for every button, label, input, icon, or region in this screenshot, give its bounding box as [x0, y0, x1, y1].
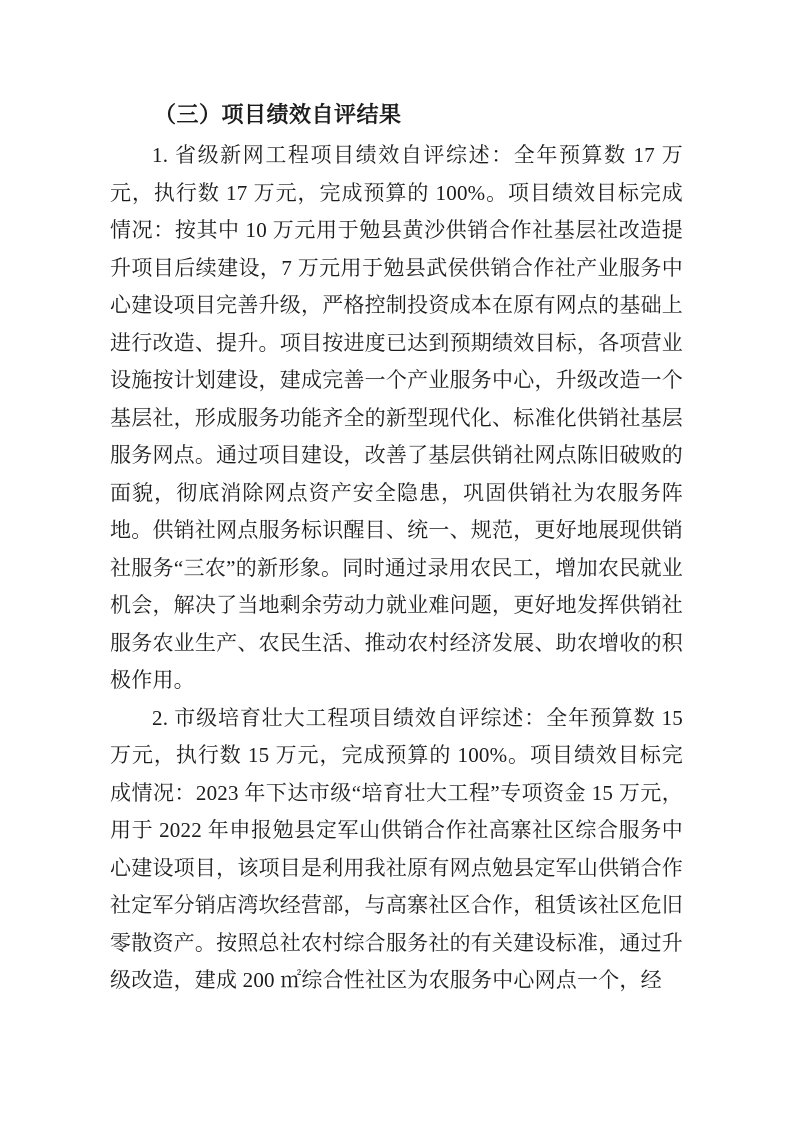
section-heading: （三）项目绩效自评结果 — [110, 96, 683, 134]
paragraph-provincial-project: 1. 省级新网工程项目绩效自评综述：全年预算数 17 万元，执行数 17 万元，… — [110, 137, 683, 700]
document-content: （三）项目绩效自评结果 1. 省级新网工程项目绩效自评综述：全年预算数 17 万… — [110, 96, 683, 1000]
document-page: （三）项目绩效自评结果 1. 省级新网工程项目绩效自评综述：全年预算数 17 万… — [0, 0, 793, 1122]
paragraph-municipal-project: 2. 市级培育壮大工程项目绩效自评综述：全年预算数 15 万元，执行数 15 万… — [110, 700, 683, 1000]
